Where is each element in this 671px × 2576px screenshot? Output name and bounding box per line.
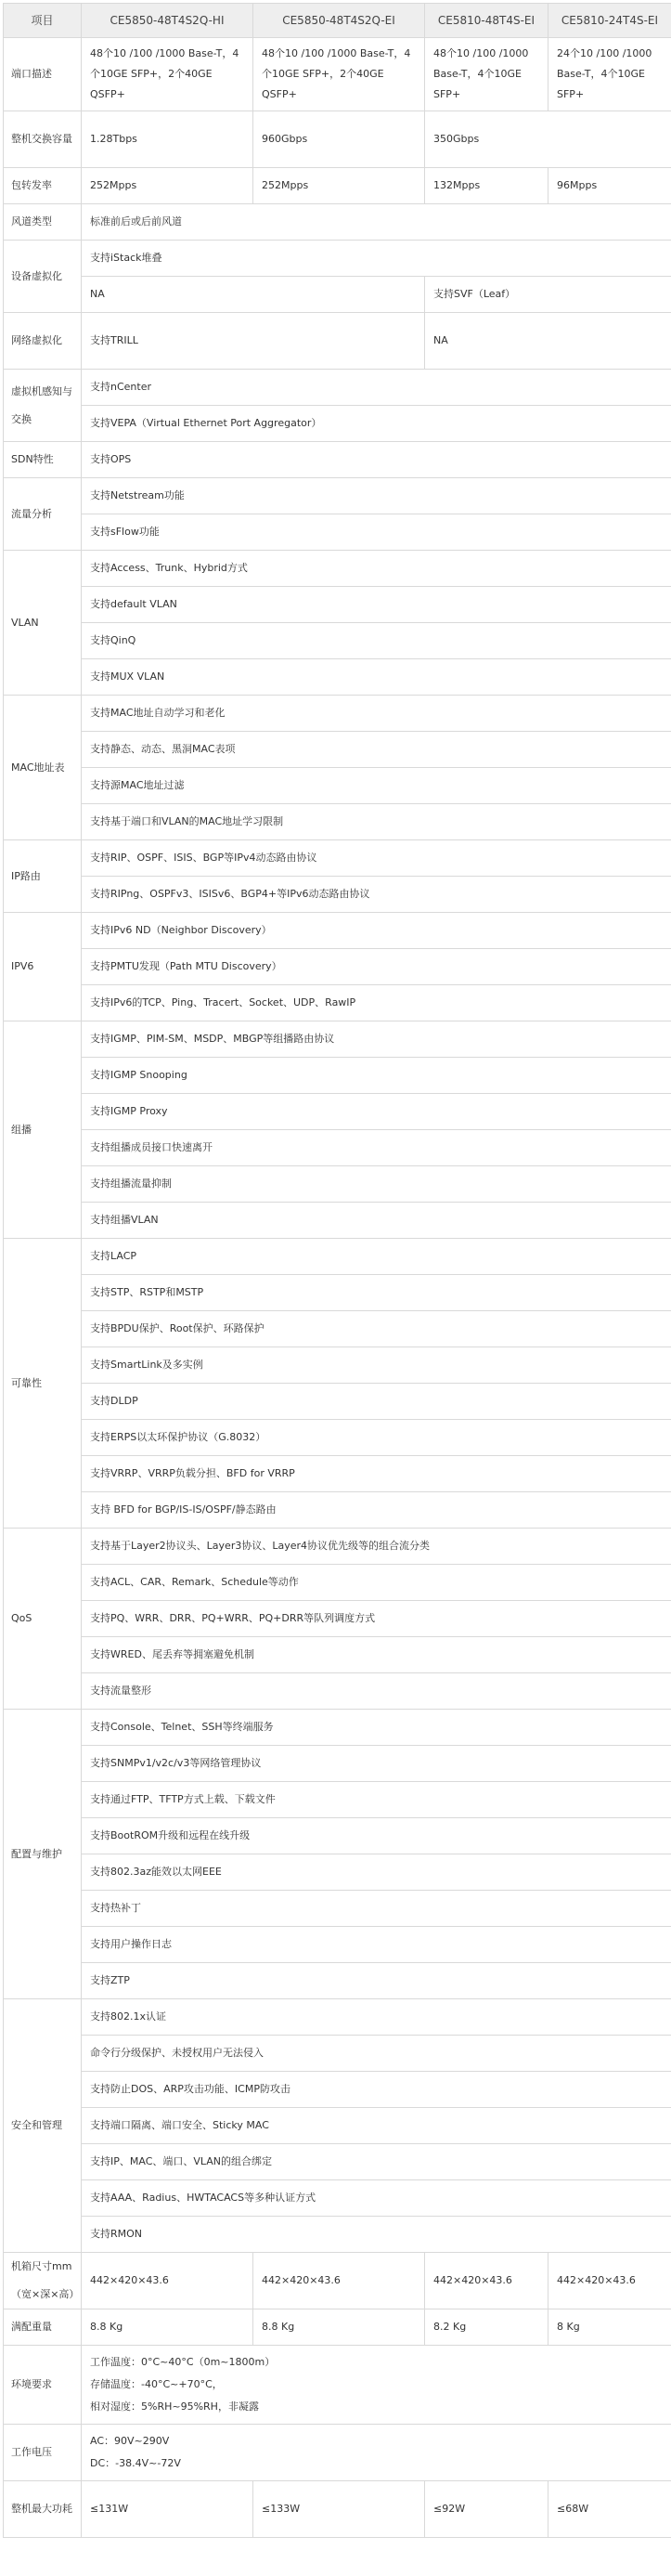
- feature-row: 支持RMON: [4, 2217, 671, 2253]
- feature-row: 支持组播成员接口快速离开: [4, 1130, 671, 1166]
- row-environment: 环境要求 工作温度：0°C~40°C（0m~1800m） 存储温度：-40°C~…: [4, 2346, 671, 2425]
- feature-group-label: 安全和管理: [4, 1999, 82, 2253]
- feature-item: 支持ZTP: [82, 1963, 671, 1999]
- feature-group-label: 组播: [4, 1021, 82, 1239]
- feature-row: 支持ZTP: [4, 1963, 671, 1999]
- feature-item: 支持ACL、CAR、Remark、Schedule等动作: [82, 1565, 671, 1601]
- feature-row: 支持STP、RSTP和MSTP: [4, 1275, 671, 1311]
- row-label: 环境要求: [4, 2346, 82, 2425]
- cell: 442×420×43.6: [82, 2253, 253, 2309]
- feature-item: 支持BPDU保护、Root保护、环路保护: [82, 1311, 671, 1347]
- feature-item: 支持DLDP: [82, 1384, 671, 1420]
- cell: 442×420×43.6: [253, 2253, 425, 2309]
- feature-row: 支持WRED、尾丢弃等拥塞避免机制: [4, 1637, 671, 1673]
- feature-row: 支持静态、动态、黑洞MAC表项: [4, 732, 671, 768]
- feature-item: 支持组播成员接口快速离开: [82, 1130, 671, 1166]
- feature-item: 支持MUX VLAN: [82, 659, 671, 696]
- feature-item: 支持IPv6的TCP、Ping、Tracert、Socket、UDP、RawIP: [82, 985, 671, 1021]
- row-label: 机箱尺寸mm（宽×深×高）: [4, 2253, 82, 2309]
- row-forwarding-rate: 包转发率 252Mpps 252Mpps 132Mpps 96Mpps: [4, 168, 671, 204]
- feature-item: 支持sFlow功能: [82, 514, 671, 551]
- feature-row: 支持通过FTP、TFTP方式上载、下载文件: [4, 1782, 671, 1818]
- feature-row: 支持BPDU保护、Root保护、环路保护: [4, 1311, 671, 1347]
- feature-row: 虚拟机感知与交换支持nCenter: [4, 370, 671, 406]
- feature-item: 支持基于Layer2协议头、Layer3协议、Layer4协议优先级等的组合流分…: [82, 1529, 671, 1565]
- feature-item: 支持AAA、Radius、HWTACACS等多种认证方式: [82, 2180, 671, 2217]
- header-model-4: CE5810-24T4S-EI: [548, 4, 671, 38]
- feature-item: 支持VEPA（Virtual Ethernet Port Aggregator）: [82, 406, 671, 442]
- cell: 132Mpps: [425, 168, 548, 204]
- feature-row: 支持IPv6的TCP、Ping、Tracert、Socket、UDP、RawIP: [4, 985, 671, 1021]
- feature-item: 支持VRRP、VRRP负载分担、BFD for VRRP: [82, 1456, 671, 1492]
- feature-item: 支持热补丁: [82, 1891, 671, 1927]
- feature-row: 配置与维护支持Console、Telnet、SSH等终端服务: [4, 1710, 671, 1746]
- feature-item: 支持源MAC地址过滤: [82, 768, 671, 804]
- cell: 8.8 Kg: [253, 2309, 425, 2346]
- feature-row: 支持IP、MAC、端口、VLAN的组合绑定: [4, 2144, 671, 2180]
- row-port-desc: 端口描述 48个10 /100 /1000 Base-T，4个10GE SFP+…: [4, 38, 671, 111]
- feature-item: 支持基于端口和VLAN的MAC地址学习限制: [82, 804, 671, 840]
- feature-row: 支持热补丁: [4, 1891, 671, 1927]
- cell: 960Gbps: [253, 111, 425, 168]
- cell: 支持iStack堆叠: [82, 241, 671, 277]
- feature-row: 支持组播VLAN: [4, 1203, 671, 1239]
- row-device-virtualization-2: NA 支持SVF（Leaf）: [4, 277, 671, 313]
- row-device-virtualization: 设备虚拟化 支持iStack堆叠: [4, 241, 671, 277]
- feature-item: 支持QinQ: [82, 623, 671, 659]
- cell: 252Mpps: [82, 168, 253, 204]
- feature-row: IP路由支持RIP、OSPF、ISIS、BGP等IPv4动态路由协议: [4, 840, 671, 877]
- feature-row: 支持DLDP: [4, 1384, 671, 1420]
- feature-item: 支持ERPS以太环保护协议（G.8032）: [82, 1420, 671, 1456]
- row-label: 包转发率: [4, 168, 82, 204]
- feature-group-label: 流量分析: [4, 478, 82, 551]
- feature-row: 支持RIPng、OSPFv3、ISISv6、BGP4+等IPv6动态路由协议: [4, 877, 671, 913]
- row-weight: 满配重量 8.8 Kg 8.8 Kg 8.2 Kg 8 Kg: [4, 2309, 671, 2346]
- cell: 252Mpps: [253, 168, 425, 204]
- feature-item: 支持802.3az能效以太网EEE: [82, 1854, 671, 1891]
- feature-row: SDN特性支持OPS: [4, 442, 671, 478]
- feature-row: 组播支持IGMP、PIM-SM、MSDP、MBGP等组播路由协议: [4, 1021, 671, 1058]
- feature-row: 支持PQ、WRR、DRR、PQ+WRR、PQ+DRR等队列调度方式: [4, 1601, 671, 1637]
- row-power: 整机最大功耗 ≤131W ≤133W ≤92W ≤68W: [4, 2481, 671, 2538]
- feature-item: 支持BootROM升级和远程在线升级: [82, 1818, 671, 1854]
- feature-row: 支持组播流量抑制: [4, 1166, 671, 1203]
- cell: 442×420×43.6: [425, 2253, 548, 2309]
- cell: 24个10 /100 /1000 Base-T，4个10GE SFP+: [548, 38, 671, 111]
- feature-row: 支持VRRP、VRRP负载分担、BFD for VRRP: [4, 1456, 671, 1492]
- feature-row: 支持MUX VLAN: [4, 659, 671, 696]
- feature-item: 支持MAC地址自动学习和老化: [82, 696, 671, 732]
- feature-item: 支持组播流量抑制: [82, 1166, 671, 1203]
- feature-row: IPV6支持IPv6 ND（Neighbor Discovery）: [4, 913, 671, 949]
- feature-item: 支持用户操作日志: [82, 1927, 671, 1963]
- feature-row: 支持IGMP Proxy: [4, 1094, 671, 1130]
- feature-item: 支持Netstream功能: [82, 478, 671, 514]
- cell: 48个10 /100 /1000 Base-T，4个10GE SFP+: [425, 38, 548, 111]
- feature-item: 支持RIP、OSPF、ISIS、BGP等IPv4动态路由协议: [82, 840, 671, 877]
- feature-group-label: MAC地址表: [4, 696, 82, 840]
- feature-row: 支持VEPA（Virtual Ethernet Port Aggregator）: [4, 406, 671, 442]
- feature-row: 支持端口隔离、端口安全、Sticky MAC: [4, 2108, 671, 2144]
- feature-item: 支持IGMP Snooping: [82, 1058, 671, 1094]
- row-network-virtualization: 网络虚拟化 支持TRILL NA: [4, 313, 671, 370]
- feature-row: 支持源MAC地址过滤: [4, 768, 671, 804]
- header-model-1: CE5850-48T4S2Q-HI: [82, 4, 253, 38]
- feature-row: 支持QinQ: [4, 623, 671, 659]
- feature-item: 支持防止DOS、ARP攻击功能、ICMP防攻击: [82, 2072, 671, 2108]
- cell: ≤68W: [548, 2481, 671, 2538]
- cell: 支持TRILL: [82, 313, 425, 370]
- feature-group-label: VLAN: [4, 551, 82, 696]
- header-model-3: CE5810-48T4S-EI: [425, 4, 548, 38]
- feature-item: 支持STP、RSTP和MSTP: [82, 1275, 671, 1311]
- row-airflow: 风道类型 标准前后或后前风道: [4, 204, 671, 241]
- feature-row: 支持 BFD for BGP/IS-IS/OSPF/静态路由: [4, 1492, 671, 1529]
- feature-item: 支持OPS: [82, 442, 671, 478]
- feature-row: 安全和管理支持802.1x认证: [4, 1999, 671, 2036]
- cell: NA: [425, 313, 671, 370]
- feature-row: 支持BootROM升级和远程在线升级: [4, 1818, 671, 1854]
- feature-row: 流量分析支持Netstream功能: [4, 478, 671, 514]
- cell: ≤133W: [253, 2481, 425, 2538]
- feature-item: 支持端口隔离、端口安全、Sticky MAC: [82, 2108, 671, 2144]
- feature-item: 支持nCenter: [82, 370, 671, 406]
- cell: 标准前后或后前风道: [82, 204, 671, 241]
- cell: 8.2 Kg: [425, 2309, 548, 2346]
- env-line: 工作温度：0°C~40°C（0m~1800m）: [90, 2351, 663, 2374]
- feature-row: VLAN支持Access、Trunk、Hybrid方式: [4, 551, 671, 587]
- feature-row: 支持ACL、CAR、Remark、Schedule等动作: [4, 1565, 671, 1601]
- env-line: 相对湿度：5%RH~95%RH，非凝露: [90, 2396, 663, 2418]
- feature-item: 支持 BFD for BGP/IS-IS/OSPF/静态路由: [82, 1492, 671, 1529]
- feature-item: 支持PQ、WRR、DRR、PQ+WRR、PQ+DRR等队列调度方式: [82, 1601, 671, 1637]
- feature-row: 支持default VLAN: [4, 587, 671, 623]
- feature-row: QoS支持基于Layer2协议头、Layer3协议、Layer4协议优先级等的组…: [4, 1529, 671, 1565]
- header-item: 项目: [4, 4, 82, 38]
- feature-item: 支持IGMP Proxy: [82, 1094, 671, 1130]
- feature-item: 支持RMON: [82, 2217, 671, 2253]
- cell: 48个10 /100 /1000 Base-T，4个10GE SFP+，2个40…: [82, 38, 253, 111]
- feature-group-label: 虚拟机感知与交换: [4, 370, 82, 442]
- row-label: 工作电压: [4, 2425, 82, 2481]
- cell: 1.28Tbps: [82, 111, 253, 168]
- feature-row: 命令行分级保护、未授权用户无法侵入: [4, 2036, 671, 2072]
- feature-group-label: IPV6: [4, 913, 82, 1021]
- feature-item: 支持RIPng、OSPFv3、ISISv6、BGP4+等IPv6动态路由协议: [82, 877, 671, 913]
- feature-item: 支持default VLAN: [82, 587, 671, 623]
- feature-item: 支持通过FTP、TFTP方式上载、下载文件: [82, 1782, 671, 1818]
- feature-row: 支持基于端口和VLAN的MAC地址学习限制: [4, 804, 671, 840]
- feature-row: 支持PMTU发现（Path MTU Discovery）: [4, 949, 671, 985]
- feature-row: 支持防止DOS、ARP攻击功能、ICMP防攻击: [4, 2072, 671, 2108]
- feature-group-label: QoS: [4, 1529, 82, 1710]
- env-line: 存储温度：-40°C~+70°C，: [90, 2374, 663, 2396]
- feature-item: 支持SNMPv1/v2c/v3等网络管理协议: [82, 1746, 671, 1782]
- row-label: 风道类型: [4, 204, 82, 241]
- feature-item: 支持静态、动态、黑洞MAC表项: [82, 732, 671, 768]
- feature-item: 支持流量整形: [82, 1673, 671, 1710]
- feature-row: 支持IGMP Snooping: [4, 1058, 671, 1094]
- spec-table: 项目 CE5850-48T4S2Q-HI CE5850-48T4S2Q-EI C…: [3, 3, 671, 2538]
- feature-group-label: SDN特性: [4, 442, 82, 478]
- row-switching-capacity: 整机交换容量 1.28Tbps 960Gbps 350Gbps: [4, 111, 671, 168]
- cell: 8 Kg: [548, 2309, 671, 2346]
- cell: 支持SVF（Leaf）: [425, 277, 671, 313]
- feature-item: 命令行分级保护、未授权用户无法侵入: [82, 2036, 671, 2072]
- voltage-line: DC：-38.4V~-72V: [90, 2452, 663, 2475]
- feature-row: 支持SmartLink及多实例: [4, 1347, 671, 1384]
- feature-item: 支持IPv6 ND（Neighbor Discovery）: [82, 913, 671, 949]
- feature-item: 支持组播VLAN: [82, 1203, 671, 1239]
- cell: 工作温度：0°C~40°C（0m~1800m） 存储温度：-40°C~+70°C…: [82, 2346, 671, 2425]
- feature-row: 支持SNMPv1/v2c/v3等网络管理协议: [4, 1746, 671, 1782]
- feature-item: 支持Access、Trunk、Hybrid方式: [82, 551, 671, 587]
- cell: AC：90V~290V DC：-38.4V~-72V: [82, 2425, 671, 2481]
- feature-row: 支持802.3az能效以太网EEE: [4, 1854, 671, 1891]
- feature-item: 支持802.1x认证: [82, 1999, 671, 2036]
- row-label: 整机最大功耗: [4, 2481, 82, 2538]
- cell: ≤131W: [82, 2481, 253, 2538]
- header-row: 项目 CE5850-48T4S2Q-HI CE5850-48T4S2Q-EI C…: [4, 4, 671, 38]
- feature-row: 支持ERPS以太环保护协议（G.8032）: [4, 1420, 671, 1456]
- feature-item: 支持Console、Telnet、SSH等终端服务: [82, 1710, 671, 1746]
- feature-row: 支持流量整形: [4, 1673, 671, 1710]
- cell: 8.8 Kg: [82, 2309, 253, 2346]
- cell: 350Gbps: [425, 111, 671, 168]
- row-voltage: 工作电压 AC：90V~290V DC：-38.4V~-72V: [4, 2425, 671, 2481]
- feature-group-label: IP路由: [4, 840, 82, 913]
- cell: 48个10 /100 /1000 Base-T，4个10GE SFP+，2个40…: [253, 38, 425, 111]
- feature-item: 支持PMTU发现（Path MTU Discovery）: [82, 949, 671, 985]
- feature-item: 支持WRED、尾丢弃等拥塞避免机制: [82, 1637, 671, 1673]
- row-label: 设备虚拟化: [4, 241, 82, 313]
- feature-row: 支持用户操作日志: [4, 1927, 671, 1963]
- feature-item: 支持IGMP、PIM-SM、MSDP、MBGP等组播路由协议: [82, 1021, 671, 1058]
- feature-row: 支持AAA、Radius、HWTACACS等多种认证方式: [4, 2180, 671, 2217]
- voltage-line: AC：90V~290V: [90, 2430, 663, 2452]
- header-model-2: CE5850-48T4S2Q-EI: [253, 4, 425, 38]
- cell: 96Mpps: [548, 168, 671, 204]
- feature-group-label: 配置与维护: [4, 1710, 82, 1999]
- feature-row: 支持sFlow功能: [4, 514, 671, 551]
- feature-group-label: 可靠性: [4, 1239, 82, 1529]
- row-label: 满配重量: [4, 2309, 82, 2346]
- row-label: 整机交换容量: [4, 111, 82, 168]
- row-dimensions: 机箱尺寸mm（宽×深×高） 442×420×43.6 442×420×43.6 …: [4, 2253, 671, 2309]
- feature-item: 支持IP、MAC、端口、VLAN的组合绑定: [82, 2144, 671, 2180]
- cell: NA: [82, 277, 425, 313]
- feature-item: 支持SmartLink及多实例: [82, 1347, 671, 1384]
- cell: ≤92W: [425, 2481, 548, 2538]
- row-label: 网络虚拟化: [4, 313, 82, 370]
- feature-row: 可靠性支持LACP: [4, 1239, 671, 1275]
- feature-item: 支持LACP: [82, 1239, 671, 1275]
- row-label: 端口描述: [4, 38, 82, 111]
- cell: 442×420×43.6: [548, 2253, 671, 2309]
- feature-row: MAC地址表支持MAC地址自动学习和老化: [4, 696, 671, 732]
